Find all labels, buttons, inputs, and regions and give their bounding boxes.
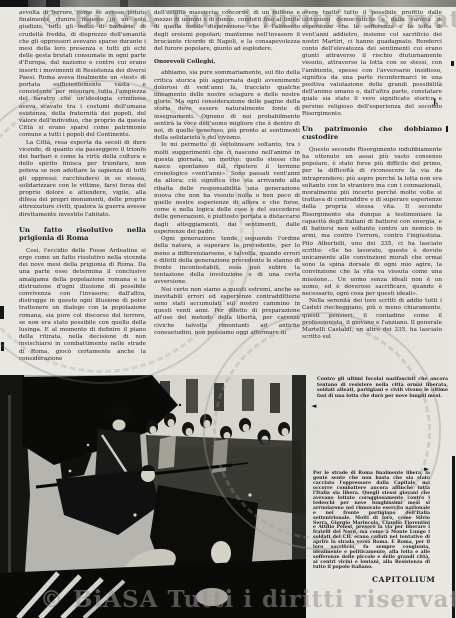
scanned-journal-page: © BiASA Tutti i diritti riservati © BiAS… [0,0,456,618]
scan-speck [446,126,448,132]
text-column-1: avvolta di terrore, come se avesse potut… [19,10,146,370]
scan-speck [451,61,454,66]
heading-un-patrimonio: Un patrimonio che dobbiamo custodire [302,125,442,142]
heading-un-fatto-risolutivo: Un fatto risolutivo nella prigionia di R… [19,226,146,243]
salutation: Onorevoli Colleghi, [154,59,300,66]
paragraph: Questo secondo Risorgimento indubbiament… [302,147,442,298]
journal-title: CAPITOLIUM [372,575,435,584]
photo-liberation-street-scene [0,375,306,618]
paragraph: avere tratto tutto il possibile profitto… [302,10,442,118]
paragraph: Io mi permetto di sottolineare soltanto,… [154,142,300,236]
photo-illustration [0,375,306,618]
scan-speck [0,306,4,319]
scan-edge-line [452,456,455,618]
bottom-note: Per le strade di Roma finalmente libera,… [313,472,430,571]
scan-edge-artifact [0,0,456,7]
paragraph: La Città, resa esperta da secoli di dure… [19,140,146,219]
margin-mark: J. [433,97,438,106]
paragraph: abbiamo, sia pure sommariamente, sul fil… [154,70,300,142]
text-column-2: dell'ostilità massiccia, concorde, di un… [154,10,300,370]
paragraph: Noi certo non siamo a questi estremi, an… [154,287,300,337]
text-column-3: avere tratto tutto il possibile profitto… [302,10,442,370]
paragraph: avvolta di terrore, come se avesse potut… [19,10,146,140]
photo-caption: Contro gli ultimi focolai nazifascisti c… [317,377,448,400]
paragraph: Ogni generazione tende, seguendo l'ordin… [154,236,300,286]
paragraph: Nella serenità dei loro scritti di addio… [302,298,442,341]
scan-speck [1,342,4,351]
arrow-left-marker: ◄ [311,402,316,410]
arrow-right-marker: ► [424,465,429,473]
paragraph: Così, l'eccidio delle Fosse Ardeatine si… [19,248,146,363]
paragraph: dell'ostilità massiccia, concorde, di un… [154,10,300,53]
